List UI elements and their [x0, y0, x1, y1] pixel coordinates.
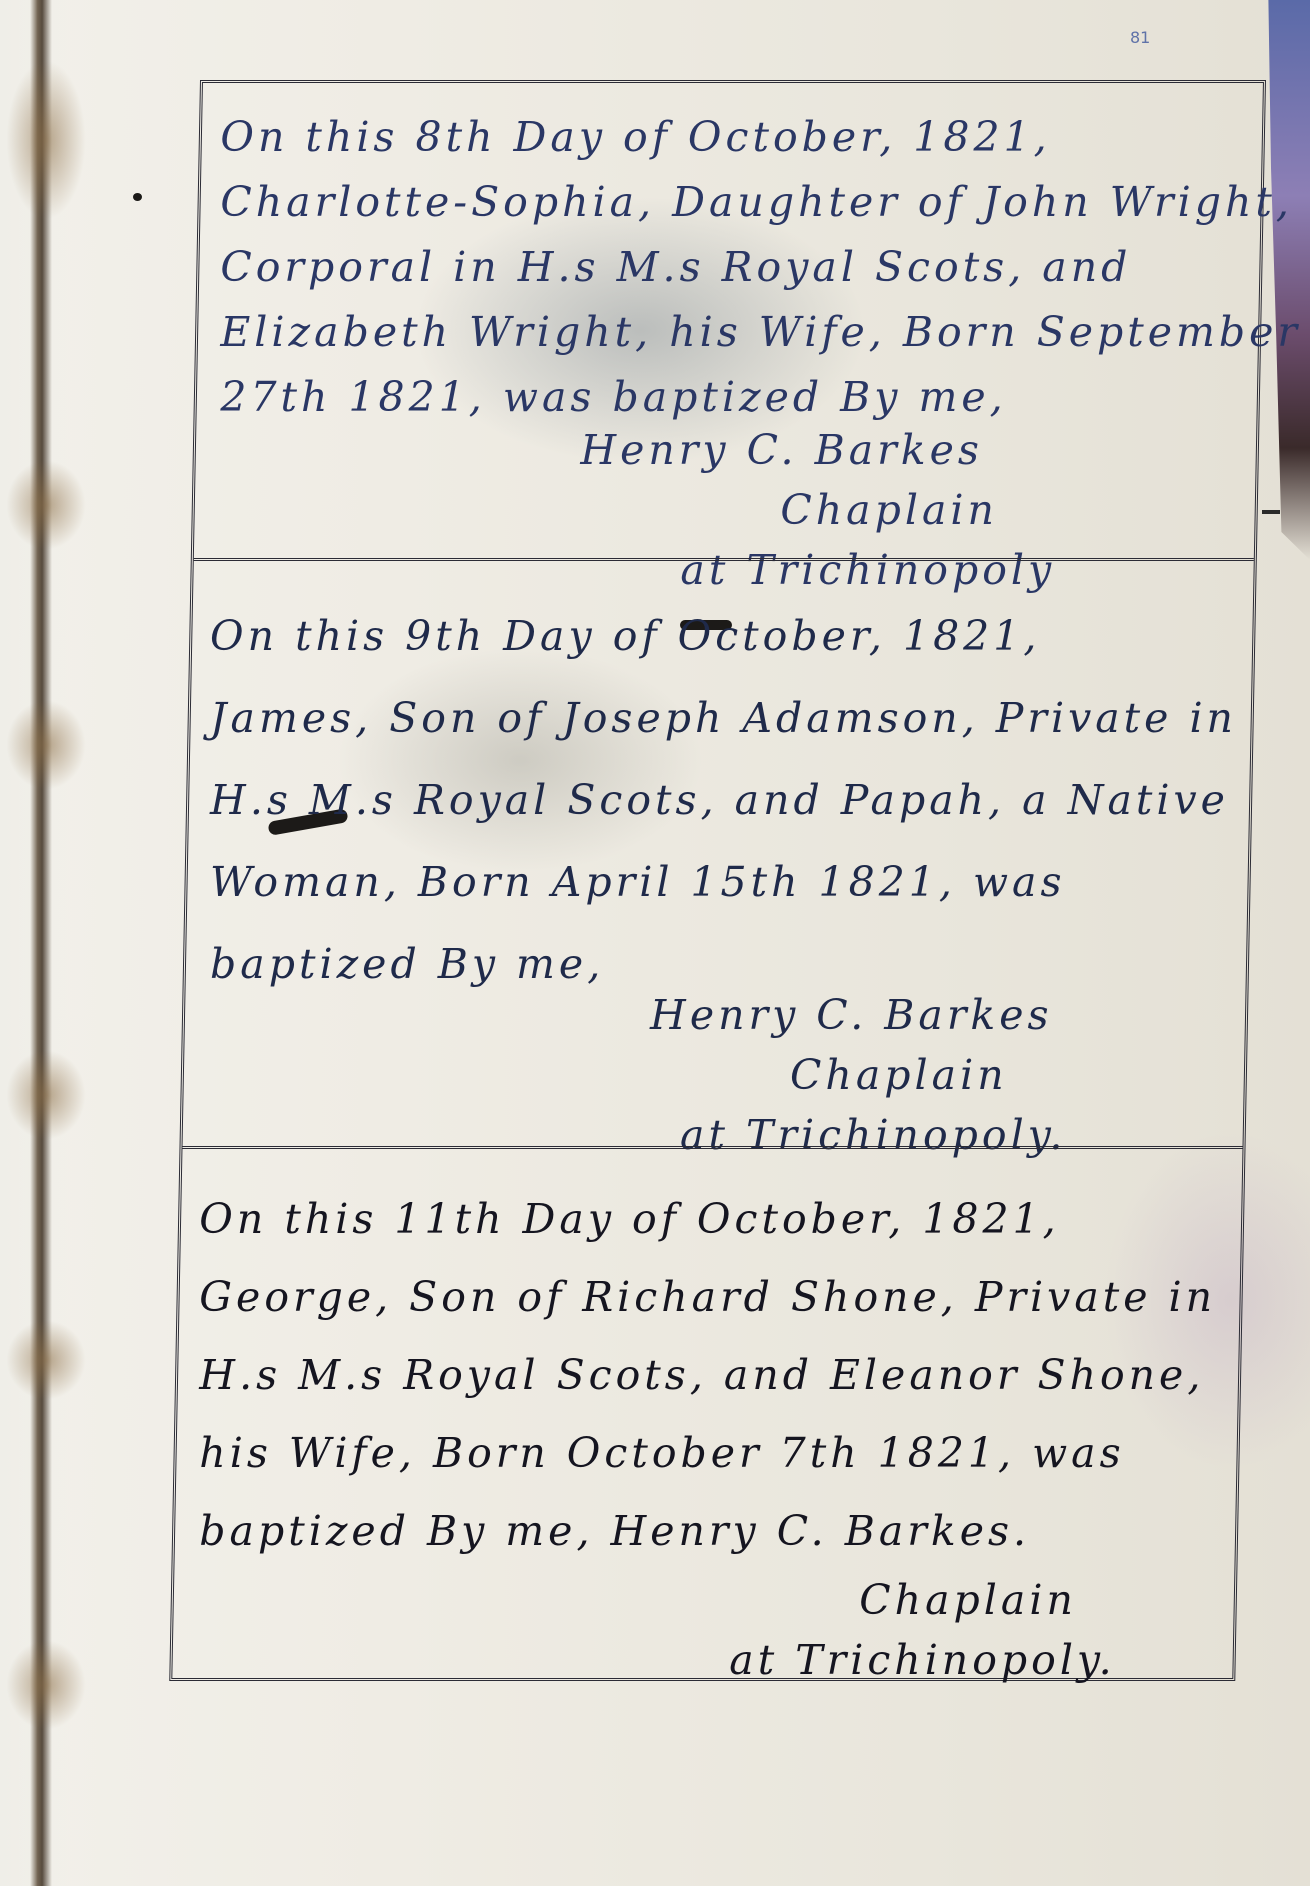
margin-tick-mark [1262, 510, 1280, 514]
entry-line: On this 8th Day of October, 1821, [220, 105, 1240, 170]
entry-divider [182, 1146, 1242, 1149]
entry-line: James, Son of Joseph Adamson, Private in [210, 677, 1230, 759]
entry-line: Elizabeth Wright, his Wife, Born Septemb… [220, 300, 1240, 365]
entry-line: Woman, Born April 15th 1821, was [210, 841, 1230, 923]
binding-stain [6, 60, 86, 220]
binding-stain [6, 700, 86, 790]
entry-line: his Wife, Born October 7th 1821, was [199, 1414, 1219, 1492]
register-entry-1: On this 8th Day of October, 1821, Charlo… [198, 83, 1258, 558]
entry-divider [194, 558, 1254, 561]
entry-line: H.s M.s Royal Scots, and Papah, a Native [210, 759, 1230, 841]
signature-title: Chaplain [210, 1045, 1230, 1105]
entry-line: On this 11th Day of October, 1821, [199, 1180, 1219, 1258]
binding-stain [6, 460, 86, 550]
binding-stain [6, 1640, 86, 1730]
binding-stain [6, 1050, 86, 1140]
signature-place: at Trichinopoly. [210, 1105, 1230, 1165]
entry-line: baptized By me, Henry C. Barkes. [199, 1492, 1219, 1570]
entry-line: Charlotte-Sophia, Daughter of John Wrigh… [220, 170, 1240, 235]
signature-title: Chaplain [220, 480, 1240, 540]
ink-spot [133, 193, 142, 201]
entry-line: George, Son of Richard Shone, Private in [199, 1258, 1219, 1336]
page-number: 81 [1130, 28, 1150, 47]
entry-line: Corporal in H.s M.s Royal Scots, and [220, 235, 1240, 300]
entry-line: H.s M.s Royal Scots, and Eleanor Shone, [199, 1336, 1219, 1414]
binding-stitching [30, 0, 52, 1886]
entry-line: On this 9th Day of October, 1821, [210, 595, 1230, 677]
manuscript-page: 81 On this 8th Day of October, 1821, Cha… [0, 0, 1310, 1886]
signature-place: at Trichinopoly. [199, 1630, 1219, 1690]
register-frame: On this 8th Day of October, 1821, Charlo… [169, 80, 1266, 1681]
binding-stain [6, 1320, 86, 1400]
register-entry-3: On this 11th Day of October, 1821, Georg… [177, 1158, 1237, 1678]
signature-title: Chaplain [199, 1570, 1219, 1630]
register-entry-2: On this 9th Day of October, 1821, James,… [188, 573, 1248, 1143]
